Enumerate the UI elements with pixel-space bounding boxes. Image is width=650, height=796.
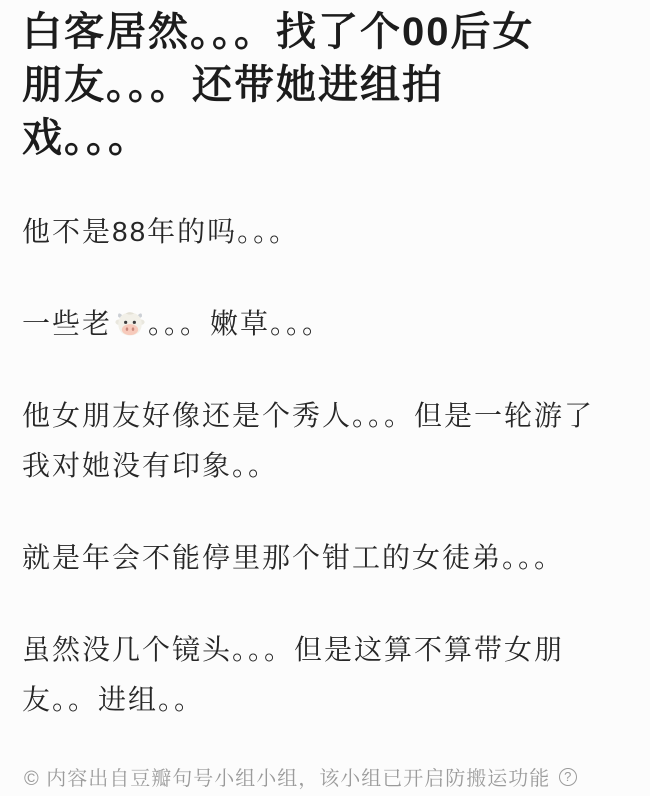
post-title: 白客居然。。。找了个00后女 朋友。。。还带她进组拍 戏。。。 [22, 6, 628, 165]
post-paragraph-3: 他女朋友好像还是个秀人。。。但是一轮游了 我对她没有印象。。 [22, 391, 628, 491]
watermark-text: © 内容出自豆瓣句号小组小组，该小组已开启防搬运功能 [24, 762, 550, 791]
paragraph-text-before-emoji: 一些老 [22, 308, 112, 339]
help-icon: ? [559, 768, 577, 786]
watermark-footer: © 内容出自豆瓣句号小组小组，该小组已开启防搬运功能 ? [24, 762, 628, 791]
post-paragraph-2: 一些老 。。。嫩草。。。 [22, 299, 628, 349]
post-paragraph-5: 虽然没几个镜头。。。但是这算不算带女朋 友。。进组。。 [22, 625, 628, 725]
paragraph-text-after-emoji: 。。。嫩草。。。 [148, 308, 332, 339]
post-page: 白客居然。。。找了个00后女 朋友。。。还带她进组拍 戏。。。 他不是88年的吗… [0, 0, 650, 796]
cow-face-emoji-icon [115, 308, 145, 338]
help-icon-glyph: ? [564, 770, 572, 783]
post-paragraph-1: 他不是88年的吗。。。 [22, 207, 628, 257]
post-paragraph-4: 就是年会不能停里那个钳工的女徒弟。。。 [22, 533, 628, 583]
